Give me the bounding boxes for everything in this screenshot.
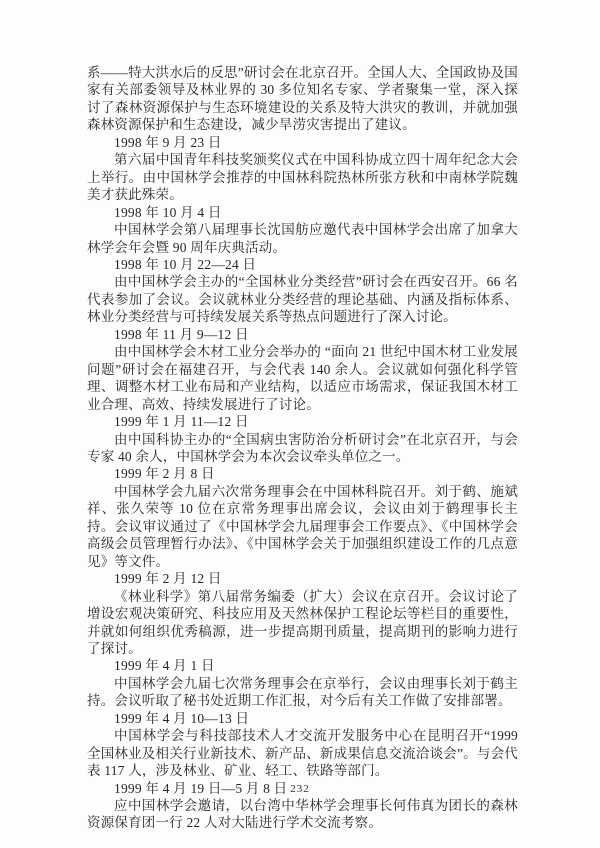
date-line: 1999 年 2 月 12 日 <box>87 570 518 587</box>
paragraph: 由中国林学会木材工业分会举办的 “面向 21 世纪中国木材工业发展问题”研讨会在… <box>87 343 518 413</box>
date-line: 1998 年 9 月 23 日 <box>87 134 518 151</box>
date-line: 1999 年 4 月 10—13 日 <box>87 710 518 727</box>
document-text-block: 系——特大洪水后的反思”研讨会在北京召开。全国人大、全国政协及国家有关部委领导及… <box>87 64 518 832</box>
document-page: 系——特大洪水后的反思”研讨会在北京召开。全国人大、全国政协及国家有关部委领导及… <box>0 0 600 848</box>
paragraph: 中国林学会九届六次常务理事会在中国林科院召开。刘于鹤、施斌祥、张久荣等 10 位… <box>87 483 518 570</box>
date-line: 1999 年 1 月 11—12 日 <box>87 413 518 430</box>
date-line: 1998 年 11 月 9—12 日 <box>87 326 518 343</box>
paragraph: 中国林学会九届七次常务理事会在京举行，会议由理事长刘于鹤主持。会议听取了秘书处近… <box>87 675 518 710</box>
paragraph: 系——特大洪水后的反思”研讨会在北京召开。全国人大、全国政协及国家有关部委领导及… <box>87 64 518 134</box>
paragraph: 《林业科学》第八届常务编委（扩大）会议在京召开。会议讨论了增设宏观决策研究、科技… <box>87 588 518 658</box>
date-line: 1999 年 2 月 8 日 <box>87 465 518 482</box>
paragraph: 第六届中国青年科技奖颁奖仪式在中国科协成立四十周年纪念大会上举行。由中国林学会推… <box>87 151 518 203</box>
paragraph: 中国林学会第八届理事长沈国舫应邀代表中国林学会出席了加拿大林学会年会暨 90 周… <box>87 221 518 256</box>
paragraph: 由中国林学会主办的“全国林业分类经营”研讨会在西安召开。66 名代表参加了会议。… <box>87 273 518 325</box>
paragraph: 应中国林学会邀请，以台湾中华林学会理事长何伟真为团长的森林资源保育团一行 22 … <box>87 797 518 832</box>
paragraph: 中国林学会与科技部技术人才交流开发服务中心在昆明召开“1999 全国林业及相关行… <box>87 727 518 779</box>
date-line: 1998 年 10 月 22—24 日 <box>87 256 518 273</box>
page-number: 232 <box>0 783 600 795</box>
paragraph: 由中国科协主办的“全国病虫害防治分析研讨会”在北京召开，与会专家 40 余人，中… <box>87 431 518 466</box>
date-line: 1999 年 4 月 1 日 <box>87 657 518 674</box>
date-line: 1998 年 10 月 4 日 <box>87 204 518 221</box>
